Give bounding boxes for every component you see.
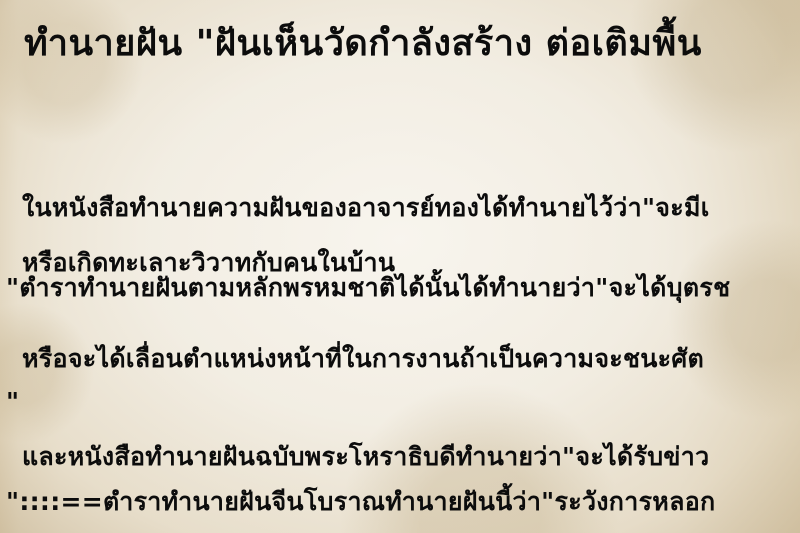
text-line-7: "::::==ตำราทำนายฝันจีนโบราณทำนายฝันนี้ว่… [6, 482, 715, 522]
page-title: ทำนายฝัน "ฝันเห็นวัดกำลังสร้าง ต่อเติมพื… [24, 14, 702, 71]
text-line-5: " [6, 387, 19, 416]
text-line-4: หรือจะได้เลื่อนตำแหน่งหน้าที่ในการงานถ้า… [22, 339, 704, 379]
text-line-3: "ตำราทำนายฝันตามหลักพรหมชาติได้นั้นได้ทำ… [6, 268, 730, 308]
text-line-1: ในหนังสือทำนายความฝันของอาจารย์ทองได้ทำน… [22, 188, 710, 228]
text-line-6: และหนังสือทำนายฝันฉบับพระโหราธิบดีทำนายว… [22, 437, 709, 477]
